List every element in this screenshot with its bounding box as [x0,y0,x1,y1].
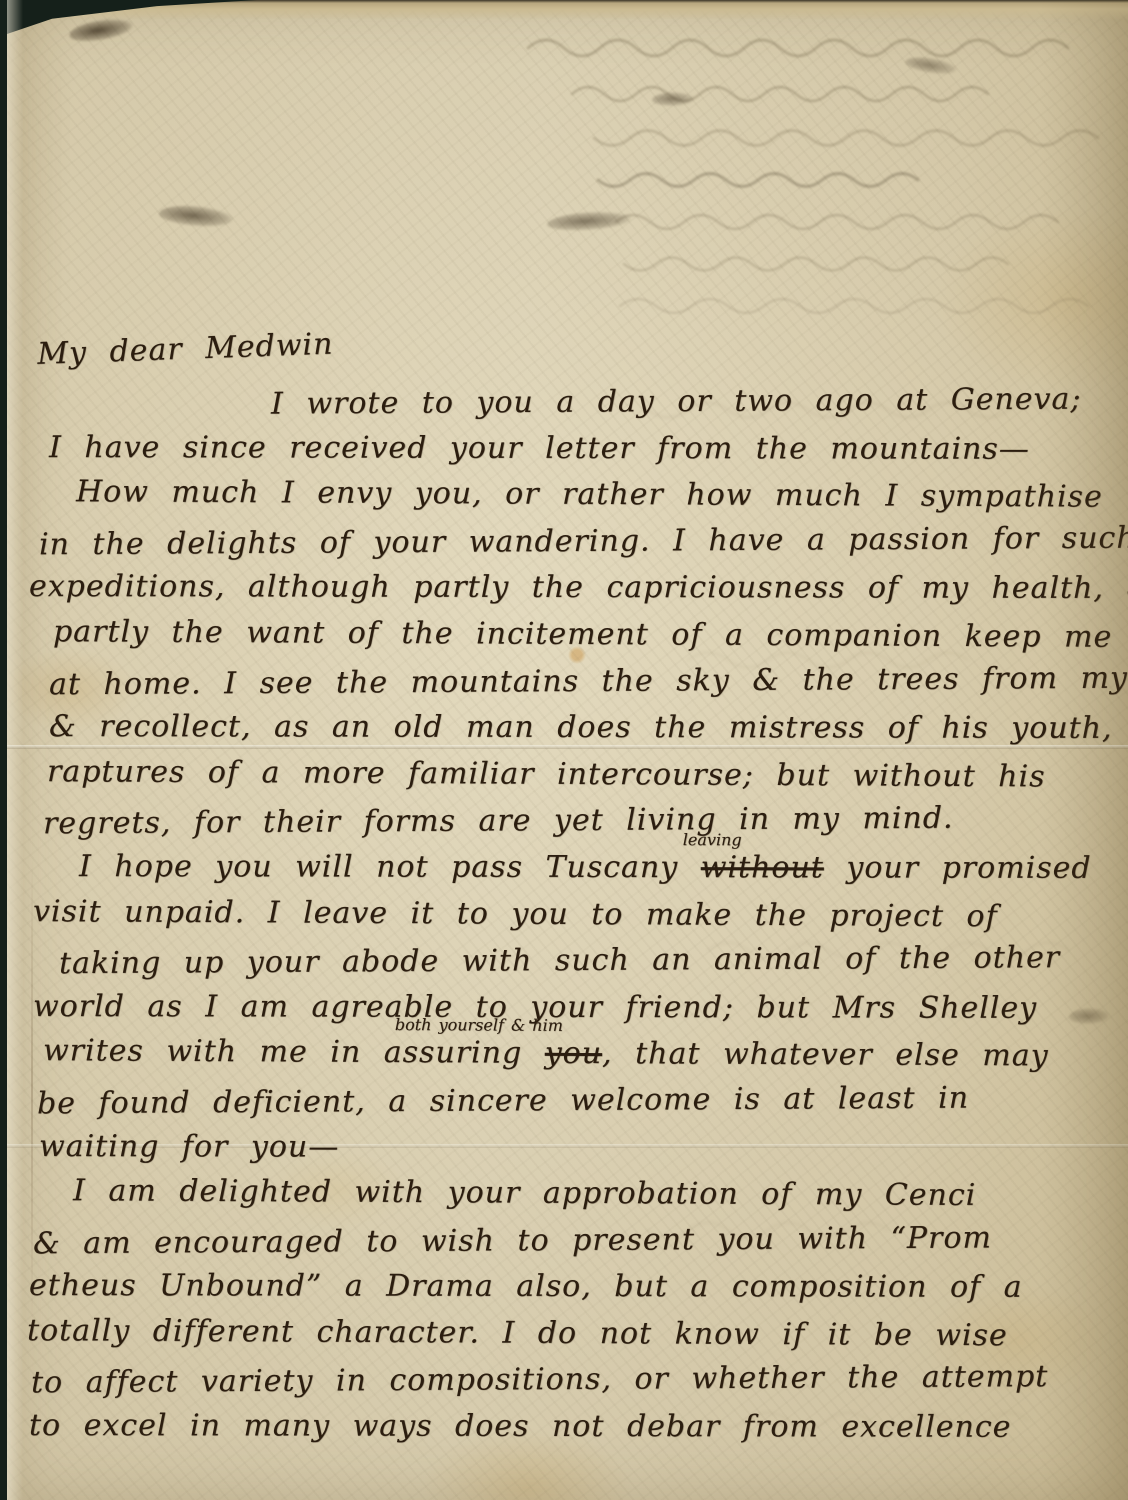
line-text: visit unpaid. I leave it to you to make … [33,894,998,934]
line-text: I am delighted with your approbation of … [73,1173,976,1213]
letter-line: visit unpaid. I leave it to you to make … [33,889,1122,941]
letter-line: raptures of a more familiar intercourse;… [47,749,1122,801]
verso-showthrough-writing [7,8,1128,338]
letter-line: I have since received your letter from t… [49,425,1122,473]
line-text: raptures of a more familiar intercourse;… [47,754,1046,794]
letter-line: to affect variety in compositions, or wh… [31,1354,1122,1407]
letter-line: & am encouraged to wish to present you w… [33,1214,1122,1267]
line-text: be found deficient, a sincere welcome is… [37,1081,969,1122]
scanner-background-strip [0,0,7,1500]
ink-correction: both yourself & himyou [545,1031,603,1078]
letter-line: waiting for you— [39,1124,1122,1172]
letter-line: I am delighted with your approbation of … [73,1168,1122,1220]
letter-line: at home. I see the mountains the sky & t… [49,655,1122,708]
ink-blot [904,54,958,78]
line-text: , that whatever else may [602,1036,1049,1073]
struck-word: you [545,1036,603,1071]
letter-body: My dear Medwin I wrote to you a day or t… [21,318,1122,1451]
line-text: regrets, for their forms are yet living … [43,801,954,842]
line-text: waiting for you— [39,1129,339,1165]
line-text: I wrote to you a day or two ago at Genev… [271,382,1082,422]
letter-line: world as I am agreable to your friend; b… [33,984,1122,1032]
letter-line: in the delights of your wandering. I hav… [39,515,1122,568]
ink-correction: leavingwithout [701,845,824,892]
letter-lines: I wrote to you a day or two ago at Genev… [21,379,1122,1451]
letter-line: partly the want of the incitement of a c… [53,609,1122,661]
letter-paper: My dear Medwin I wrote to you a day or t… [7,0,1128,1500]
letter-line: totally different character. I do not kn… [27,1308,1122,1360]
letter-line: writes with me in assuring both yourself… [43,1028,1122,1080]
line-text: & recollect, as an old man does the mist… [49,709,1128,746]
line-text: etheus Unbound” a Drama also, but a comp… [29,1268,1023,1305]
line-text: How much I envy you, or rather how much … [76,474,1103,514]
struck-word: without [701,850,824,885]
line-text: taking up your abode with such an animal… [59,940,1060,981]
line-text: totally different character. I do not kn… [27,1313,1008,1353]
letter-line: I wrote to you a day or two ago at Genev… [271,376,1122,428]
line-text: to affect variety in compositions, or wh… [31,1360,1049,1401]
interlined-word: leaving [683,832,742,848]
letter-line: be found deficient, a sincere welcome is… [37,1075,1122,1128]
line-text: partly the want of the incitement of a c… [53,614,1112,655]
line-text: & am encouraged to wish to present you w… [33,1220,992,1261]
line-text: your promised [824,850,1092,885]
letter-line: & recollect, as an old man does the mist… [49,704,1122,752]
line-text: writes with me in assuring [43,1033,545,1071]
line-text: in the delights of your wandering. I hav… [39,520,1128,562]
interlined-word: both yourself & him [395,1017,563,1034]
letter-line: I hope you will not pass Tuscany leaving… [79,844,1122,892]
line-text: I hope you will not pass Tuscany [79,849,701,885]
line-text: to excel in many ways does not debar fro… [29,1408,1011,1445]
letter-line: taking up your abode with such an animal… [59,935,1122,988]
letter-line: etheus Unbound” a Drama also, but a comp… [29,1263,1122,1312]
letter-line: expeditions, although partly the caprici… [29,564,1122,613]
letter-line: How much I envy you, or rather how much … [76,469,1122,521]
ink-blot [158,202,234,230]
line-text: I have since received your letter from t… [49,430,1030,467]
letter-line: to excel in many ways does not debar fro… [29,1403,1122,1452]
letter-line: regrets, for their forms are yet living … [43,795,1122,848]
line-text: at home. I see the mountains the sky & t… [49,659,1128,702]
scanned-letter-page: My dear Medwin I wrote to you a day or t… [0,0,1128,1500]
salutation: My dear Medwin [37,299,1123,372]
line-text: expeditions, although partly the caprici… [29,569,1128,606]
ink-blot [547,210,632,232]
ink-blot [652,92,694,106]
